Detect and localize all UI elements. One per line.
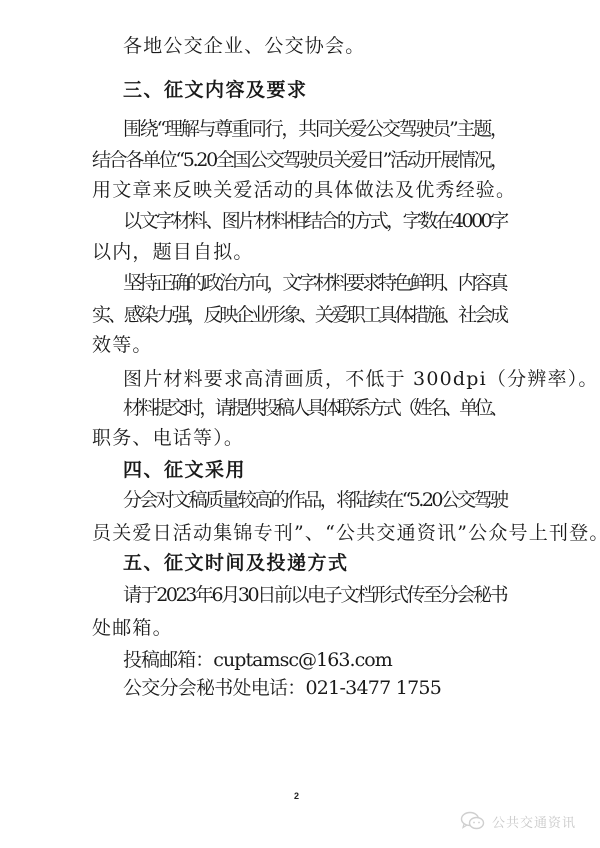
section-heading: 三、征文内容及要求 bbox=[123, 78, 553, 102]
paragraph-line: 公交分会秘书处电话：021-3477 1755 bbox=[123, 676, 553, 700]
paragraph-line: 坚持正确的政治方向，文字材料要求特色鲜明、内容真 bbox=[123, 271, 553, 295]
paragraph-line: 材料提交时，请提供投稿人具体联系方式（姓名、单位、 bbox=[123, 396, 553, 420]
document-page: 各地公交企业、公交协会。三、征文内容及要求围绕“理解与尊重同行，共同关爱公交驾驶… bbox=[0, 0, 600, 848]
section-heading: 五、征文时间及投递方式 bbox=[123, 551, 553, 575]
paragraph-line: 各地公交企业、公交协会。 bbox=[123, 34, 553, 58]
page-number: 2 bbox=[294, 791, 299, 801]
paragraph-line: 投稿邮箱：cuptamsc@163.com bbox=[123, 648, 553, 672]
watermark-text: 公共交通资讯 bbox=[492, 812, 576, 831]
watermark: 公共交通资讯 bbox=[460, 811, 576, 831]
section-heading: 四、征文采用 bbox=[123, 458, 553, 482]
paragraph-line: 结合各单位“5.20全国公交驾驶员关爱日”活动开展情况， bbox=[92, 148, 522, 172]
paragraph-line: 用文章来反映关爱活动的具体做法及优秀经验。 bbox=[92, 178, 522, 202]
paragraph-line: 员关爱日活动集锦专刊”、“公共交通资讯”公众号上刊登。 bbox=[92, 521, 522, 545]
paragraph-line: 处邮箱。 bbox=[92, 616, 522, 640]
paragraph-line: 实、感染力强，反映企业形象、关爱职工具体措施、社会成 bbox=[92, 303, 522, 327]
paragraph-line: 请于2023年6月30日前以电子文档形式传至分会秘书 bbox=[123, 583, 553, 607]
paragraph-line: 图片材料要求高清画质，不低于 300dpi（分辨率）。 bbox=[123, 367, 553, 391]
paragraph-line: 以文字材料、图片材料相结合的方式，字数在4000字 bbox=[123, 209, 553, 233]
paragraph-line: 职务、电话等）。 bbox=[92, 426, 522, 450]
wechat-icon bbox=[460, 811, 486, 831]
paragraph-line: 以内，题目自拟。 bbox=[92, 240, 522, 264]
paragraph-line: 效等。 bbox=[92, 333, 522, 357]
paragraph-line: 围绕“理解与尊重同行，共同关爱公交驾驶员”主题， bbox=[123, 117, 553, 141]
paragraph-line: 分会对文稿质量较高的作品，将陆续在“5.20公交驾驶 bbox=[123, 488, 553, 512]
